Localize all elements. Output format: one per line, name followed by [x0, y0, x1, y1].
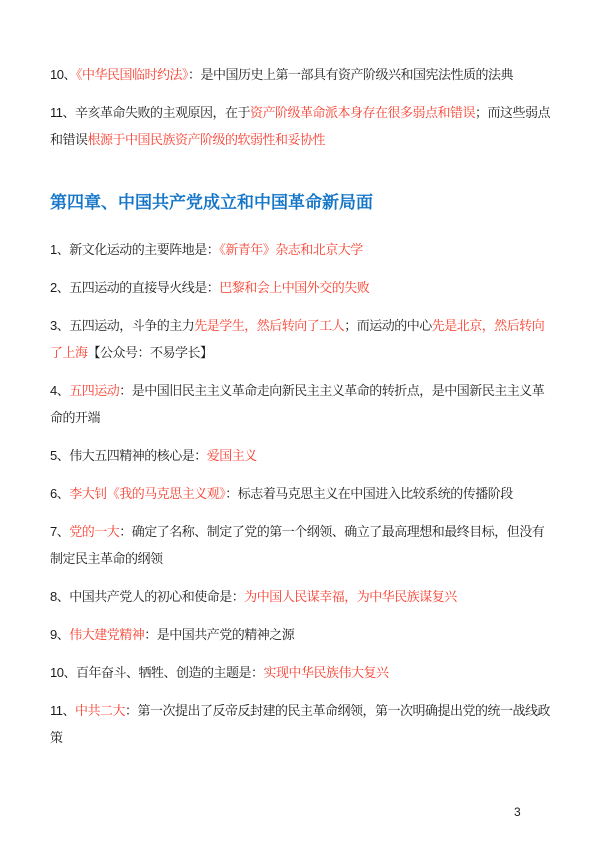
text-segment: ：第一次提出了反帝反封建的民主革命纲领，第一次明确提出党的统一战线政策	[50, 703, 550, 745]
page-content: 10、《中华民国临时约法》：是中国历史上第一部具有资产阶级兴和国宪法性质的法典1…	[0, 0, 596, 751]
chapter-notes-list: 1、新文化运动的主要阵地是：《新青年》杂志和北京大学2、五四运动的直接导火线是：…	[50, 236, 552, 751]
text-segment: ：确定了名称、制定了党的第一个纲领、确立了最高理想和最终目标，但没有制定民主革命…	[50, 524, 544, 566]
text-segment: 2、五四运动的直接导火线是：	[50, 280, 219, 295]
text-segment: 1、新文化运动的主要阵地是：	[50, 242, 219, 257]
text-segment: 10、	[50, 67, 76, 82]
note-item: 10、《中华民国临时约法》：是中国历史上第一部具有资产阶级兴和国宪法性质的法典	[50, 61, 552, 88]
highlighted-text: 巴黎和会上中国外交的失败	[219, 280, 369, 295]
note-item: 4、五四运动：是中国旧民主主义革命走向新民主主义革命的转折点，是中国新民主主义革…	[50, 377, 552, 431]
text-segment: 8、中国共产党人的初心和使命是：	[50, 589, 244, 604]
note-item: 6、李大钊《我的马克思主义观》：标志着马克思主义在中国进入比较系统的传播阶段	[50, 480, 552, 507]
text-segment: ：是中国旧民主主义革命走向新民主主义革命的转折点，是中国新民主主义革命的开端	[50, 383, 544, 425]
text-segment: 11、	[50, 703, 75, 718]
highlighted-text: 李大钊《我的马克思主义观》	[69, 486, 225, 501]
text-segment: 【公众号：不易学长】	[88, 345, 213, 360]
highlighted-text: 《中华民国临时约法》	[76, 67, 188, 82]
text-segment: 3、五四运动，斗争的主力	[50, 318, 194, 333]
note-item: 8、中国共产党人的初心和使命是：为中国人民谋幸福，为中华民族谋复兴	[50, 583, 552, 610]
note-item: 7、党的一大：确定了名称、制定了党的第一个纲领、确立了最高理想和最终目标，但没有…	[50, 518, 552, 572]
text-segment: ：标志着马克思主义在中国进入比较系统的传播阶段	[225, 486, 513, 501]
note-item: 1、新文化运动的主要阵地是：《新青年》杂志和北京大学	[50, 236, 552, 263]
chapter-heading: 第四章、中国共产党成立和中国革命新局面	[50, 189, 552, 217]
note-item: 10、百年奋斗、牺牲、创造的主题是：实现中华民族伟大复兴	[50, 659, 552, 686]
text-segment: 6、	[50, 486, 69, 501]
text-segment: ：是中国历史上第一部具有资产阶级兴和国宪法性质的法典	[188, 67, 513, 82]
highlighted-text: 中共二大	[75, 703, 125, 718]
highlighted-text: 根源于中国民族资产阶级的软弱性和妥协性	[88, 132, 326, 147]
highlighted-text: 为中国人民谋幸福，为中华民族谋复兴	[244, 589, 457, 604]
note-item: 11、中共二大：第一次提出了反帝反封建的民主革命纲领，第一次明确提出党的统一战线…	[50, 697, 552, 751]
highlighted-text: 实现中华民族伟大复兴	[263, 665, 388, 680]
text-segment: ：是中国共产党的精神之源	[144, 627, 294, 642]
highlighted-text: 先是学生，然后转向了工人	[194, 318, 344, 333]
note-item: 3、五四运动，斗争的主力先是学生，然后转向了工人；而运动的中心先是北京，然后转向…	[50, 312, 552, 366]
highlighted-text: 党的一大	[69, 524, 119, 539]
page-number: 3	[514, 804, 521, 820]
text-segment: 10、百年奋斗、牺牲、创造的主题是：	[50, 665, 263, 680]
highlighted-text: 伟大建党精神	[69, 627, 144, 642]
text-segment: ；而运动的中心	[344, 318, 432, 333]
document-page: 10、《中华民国临时约法》：是中国历史上第一部具有资产阶级兴和国宪法性质的法典1…	[0, 0, 596, 842]
text-segment: 9、	[50, 627, 69, 642]
text-segment: 7、	[50, 524, 69, 539]
highlighted-text: 资产阶级革命派本身存在很多弱点和错误	[250, 105, 475, 120]
highlighted-text: 五四运动	[69, 383, 119, 398]
text-segment: 11、辛亥革命失败的主观原因，在于	[50, 105, 250, 120]
text-segment: 5、伟大五四精神的核心是：	[50, 448, 207, 463]
highlighted-text: 爱国主义	[207, 448, 257, 463]
highlighted-text: 《新青年》杂志和北京大学	[219, 242, 363, 257]
note-item: 11、辛亥革命失败的主观原因，在于资产阶级革命派本身存在很多弱点和错误；而这些弱…	[50, 99, 552, 153]
note-item: 5、伟大五四精神的核心是：爱国主义	[50, 442, 552, 469]
note-item: 9、伟大建党精神：是中国共产党的精神之源	[50, 621, 552, 648]
pre-chapter-notes-list: 10、《中华民国临时约法》：是中国历史上第一部具有资产阶级兴和国宪法性质的法典1…	[50, 61, 552, 153]
note-item: 2、五四运动的直接导火线是：巴黎和会上中国外交的失败	[50, 274, 552, 301]
text-segment: 4、	[50, 383, 69, 398]
